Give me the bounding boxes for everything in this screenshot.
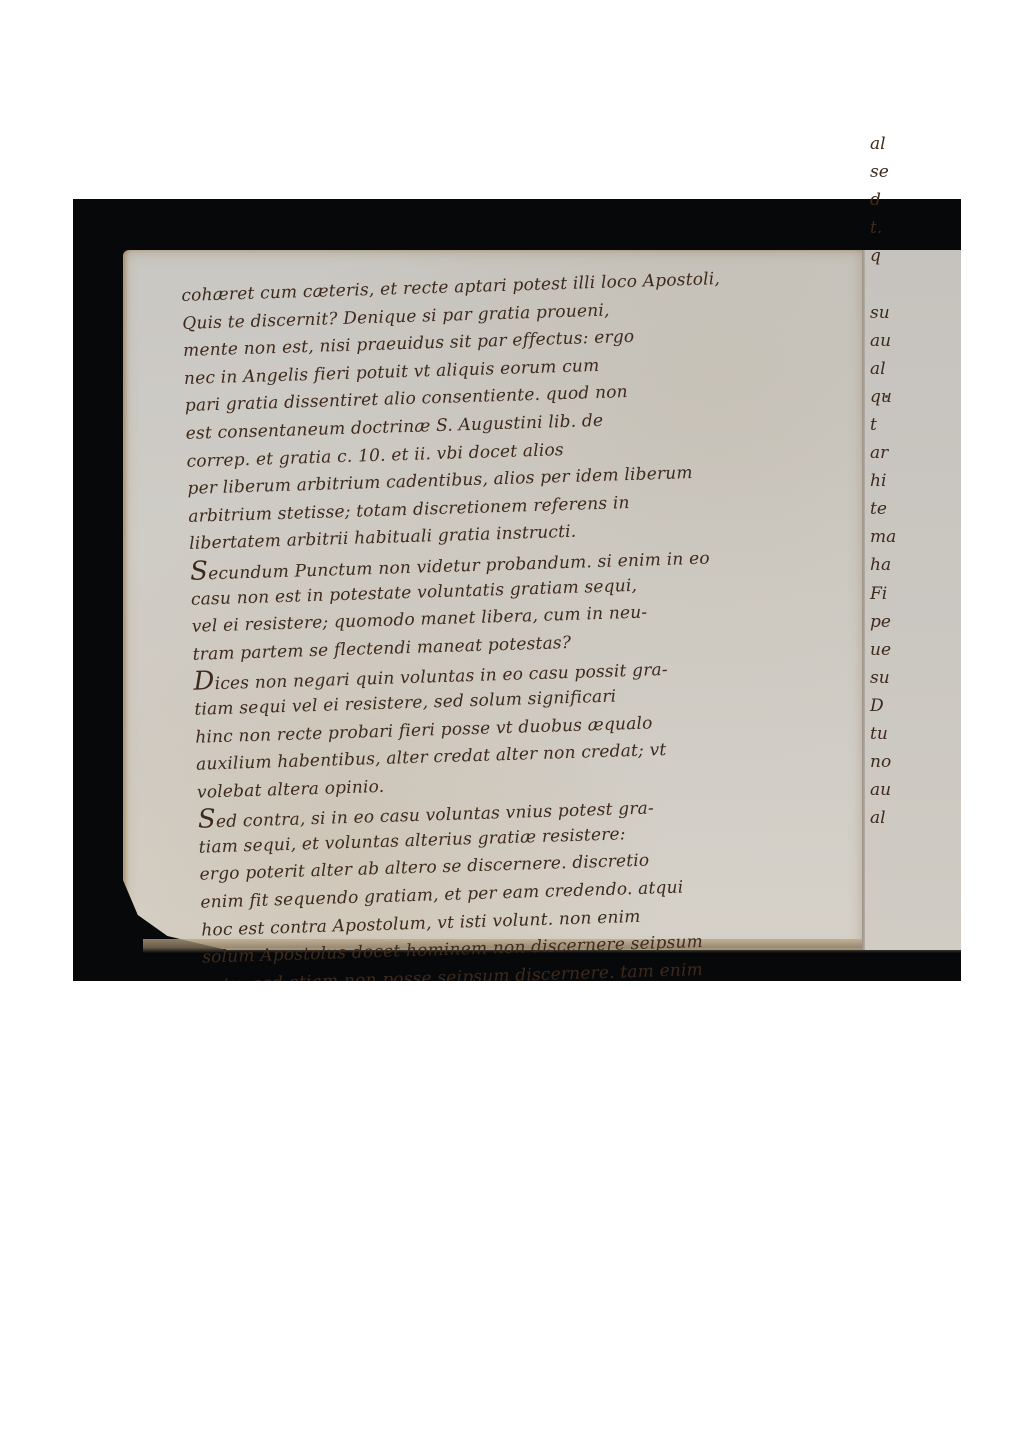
fragment-line: ar — [870, 439, 896, 467]
fragment-line: Fi — [870, 580, 896, 608]
fragment-line: al — [870, 355, 896, 383]
fragment-line: se — [870, 158, 896, 186]
right-page-text-fragments: al se d t. q su au al qu t ar hi te ma h… — [870, 130, 896, 832]
fragment-line: al — [870, 130, 896, 158]
fragment-line: qu — [870, 383, 896, 411]
fragment-line: hi — [870, 467, 896, 495]
fragment-line: su — [870, 299, 896, 327]
fragment-line: d — [870, 186, 896, 214]
fragment-line: te — [870, 495, 896, 523]
fragment-line: al — [870, 804, 896, 832]
fragment-line: tu — [870, 720, 896, 748]
fragment-line: no — [870, 748, 896, 776]
fragment-line: au — [870, 776, 896, 804]
fragment-line — [870, 270, 896, 298]
fragment-line: t — [870, 411, 896, 439]
fragment-line: q — [870, 242, 896, 270]
fragment-line: ma — [870, 523, 896, 551]
fragment-line: D — [870, 692, 896, 720]
manuscript-scan: cohæret cum cæteris, et recte aptari pot… — [73, 199, 961, 981]
handwritten-text-block: cohæret cum cæteris, et recte aptari pot… — [181, 264, 803, 981]
fragment-line: ue — [870, 636, 896, 664]
fragment-line: au — [870, 327, 896, 355]
fragment-line: ha — [870, 551, 896, 579]
fragment-line: t. — [870, 214, 896, 242]
fragment-line: pe — [870, 608, 896, 636]
fragment-line: su — [870, 664, 896, 692]
